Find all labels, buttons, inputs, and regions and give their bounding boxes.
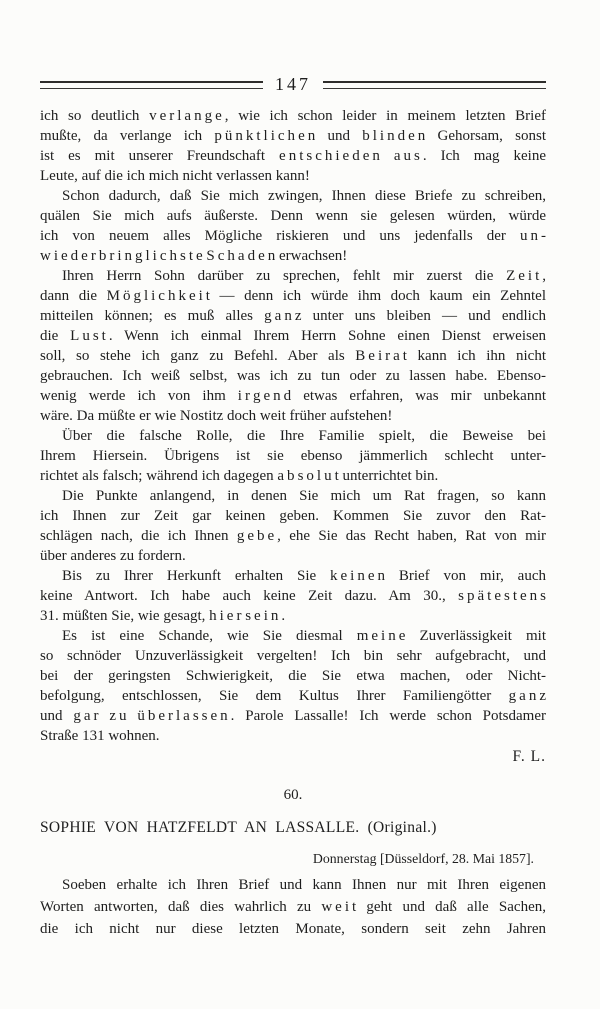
letter-heading: SOPHIE VON HATZFELDT AN LASSALLE. (Origi… bbox=[40, 818, 546, 838]
text-line: so schnöder Unzuverlässigkeit vergelten!… bbox=[40, 646, 546, 666]
text-line: befolgung, entschlossen, Sie dem Kultus … bbox=[40, 686, 546, 706]
letter-60: 60. SOPHIE VON HATZFELDT AN LASSALLE. (O… bbox=[40, 786, 546, 940]
text-line: Worten antworten, daß dies wahrlich zu w… bbox=[40, 896, 546, 918]
text-line: Die Punkte anlangend, in denen Sie mich … bbox=[40, 486, 546, 506]
text-line: 31. müßten Sie, wie gesagt, h i e r s e … bbox=[40, 606, 546, 626]
text-line: Ihrem Hiersein. Übrigens ist sie ebenso … bbox=[40, 446, 546, 466]
text-line: ich von neuem alles Mögliche riskieren u… bbox=[40, 226, 546, 246]
text-line: ich so deutlich v e r l a n g e , wie ic… bbox=[40, 106, 546, 126]
text-line: und g a r z u ü b e r l a s s e n . Paro… bbox=[40, 706, 546, 726]
header-rule-left bbox=[40, 81, 263, 89]
text-line: ist es mit unserer Freundschaft e n t s … bbox=[40, 146, 546, 166]
text-line: Straße 131 wohnen. bbox=[40, 726, 546, 746]
text-line: wenig werde ich von ihm i r g e n d etwa… bbox=[40, 386, 546, 406]
letter-number: 60. bbox=[40, 786, 546, 804]
text-line: Soeben erhalte ich Ihren Brief und kann … bbox=[40, 874, 546, 896]
text-line: mitteilen können; es muß alles g a n z u… bbox=[40, 306, 546, 326]
running-head: 147 bbox=[40, 74, 546, 96]
text-line: die ich nicht nur diese letzten Monate, … bbox=[40, 918, 546, 940]
text-line: Bis zu Ihrer Herkunft erhalten Sie k e i… bbox=[40, 566, 546, 586]
text-line: w i e d e r b r i n g l i c h s t e S c … bbox=[40, 246, 546, 266]
text-line: Schon dadurch, daß Sie mich zwingen, Ihn… bbox=[40, 186, 546, 206]
text-line: mußte, da verlange ich p ü n k t l i c h… bbox=[40, 126, 546, 146]
text-line: die L u s t . Wenn ich einmal Ihrem Herr… bbox=[40, 326, 546, 346]
header-rule-right bbox=[323, 81, 546, 89]
page-number: 147 bbox=[275, 75, 311, 93]
letter-signature: F. L. bbox=[40, 747, 546, 767]
text-line: über anderes zu fordern. bbox=[40, 546, 546, 566]
text-line: bei der geringsten Schwierigkeit, die Si… bbox=[40, 666, 546, 686]
text-line: wäre. Da müßte er wie Nostitz doch weit … bbox=[40, 406, 546, 426]
text-line: richtet als falsch; während ich dagegen … bbox=[40, 466, 546, 486]
text-line: Ihren Herrn Sohn darüber zu sprechen, fe… bbox=[40, 266, 546, 286]
text-line: dann die M ö g l i c h k e i t — denn ic… bbox=[40, 286, 546, 306]
text-line: schlägen nach, die ich Ihnen g e b e , e… bbox=[40, 526, 546, 546]
text-line: ich Ihnen zur Zeit gar keinen geben. Kom… bbox=[40, 506, 546, 526]
text-line: soll, so stehe ich ganz zu Befehl. Aber … bbox=[40, 346, 546, 366]
text-line: Es ist eine Schande, wie Sie diesmal m e… bbox=[40, 626, 546, 646]
text-line: gebrauchen. Ich weiß selbst, was ich zu … bbox=[40, 366, 546, 386]
text-line: keine Antwort. Ich habe auch keine Zeit … bbox=[40, 586, 546, 606]
letter-59-text: ich so deutlich v e r l a n g e , wie ic… bbox=[40, 106, 546, 767]
letter-dateline: Donnerstag [Düsseldorf, 28. Mai 1857]. bbox=[40, 850, 546, 868]
book-page: 147 ich so deutlich v e r l a n g e , wi… bbox=[0, 0, 600, 1009]
text-line: Leute, auf die ich mich nicht verlassen … bbox=[40, 166, 546, 186]
text-line: quälen Sie mich aufs äußerste. Denn wenn… bbox=[40, 206, 546, 226]
text-line: Über die falsche Rolle, die Ihre Familie… bbox=[40, 426, 546, 446]
